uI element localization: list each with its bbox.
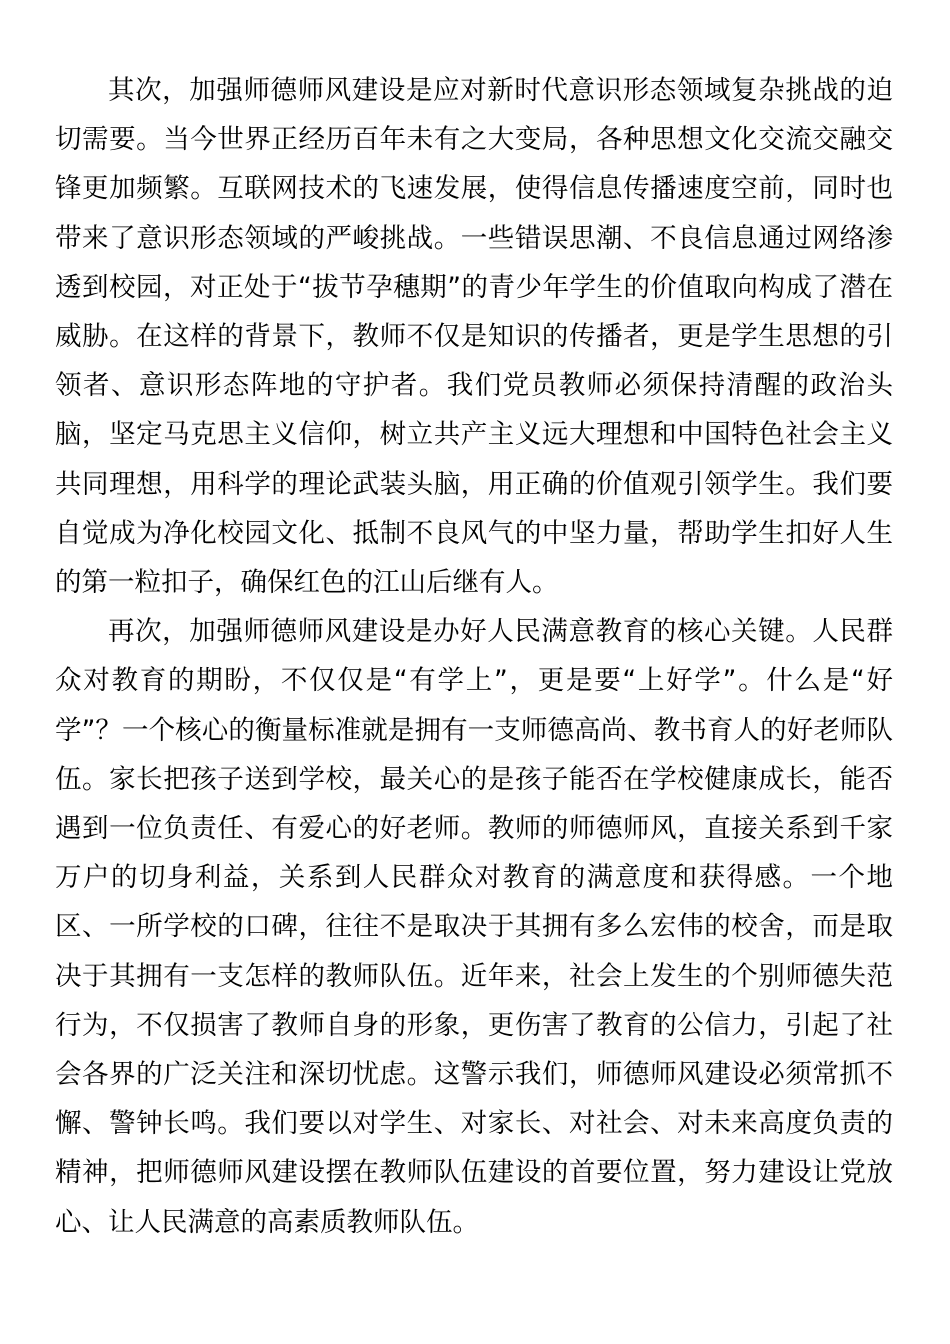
document-page: 其次，加强师德师风建设是应对新时代意识形态领域复杂挑战的迫切需要。当今世界正经历…: [0, 0, 950, 1344]
document-body: 其次，加强师德师风建设是应对新时代意识形态领域复杂挑战的迫切需要。当今世界正经历…: [55, 66, 893, 1247]
paragraph-people-satisfaction: 再次，加强师德师风建设是办好人民满意教育的核心关键。人民群众对教育的期盼，不仅仅…: [55, 607, 893, 1247]
paragraph-ideology-challenge: 其次，加强师德师风建设是应对新时代意识形态领域复杂挑战的迫切需要。当今世界正经历…: [55, 66, 893, 607]
